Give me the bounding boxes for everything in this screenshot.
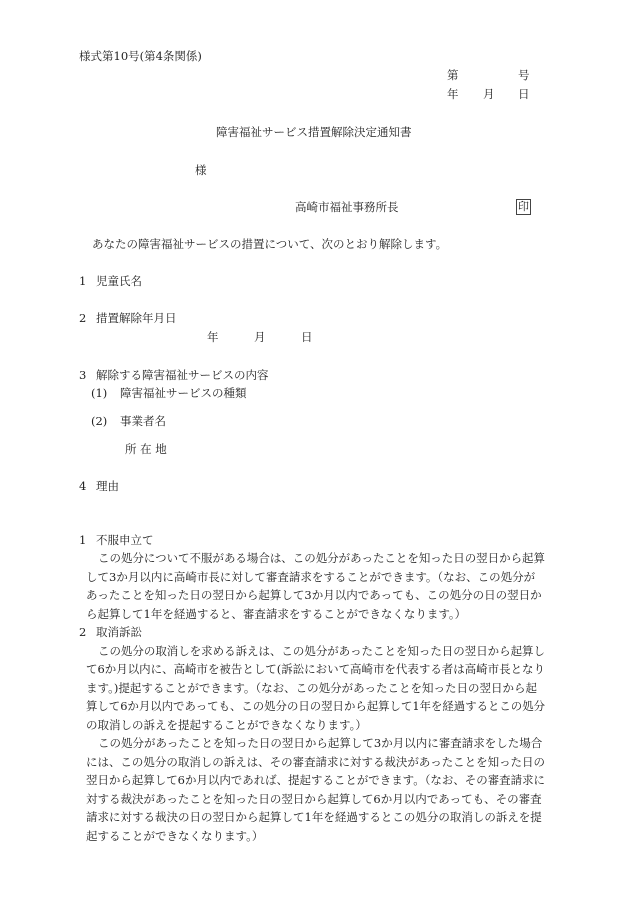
note-1-heading: 不服申立て: [96, 533, 154, 547]
item-1-number: 1: [79, 274, 86, 288]
item-1-label: 児童氏名: [96, 274, 142, 288]
note-1-line: あったことを知った日の翌日から起算して3か月以内であっても、この処分の日の翌日か: [86, 588, 542, 602]
note-2-number: 2: [79, 625, 86, 639]
note-2-line: ます。)提起することができます。（なお、この処分があったことを知った日の翌日から…: [86, 681, 537, 695]
note-2-line: 対する裁決があったことを知った日の翌日から起算して6か月以内であっても、その審査: [86, 792, 542, 806]
document-title: 障害福祉サービス措置解除決定通知書: [216, 125, 412, 139]
intro-text: あなたの障害福祉サービスの措置について、次のとおり解除します。: [92, 237, 447, 251]
note-2-line: 起することができなくなります。）: [86, 829, 263, 843]
item-3-2-label: 事業者名: [120, 414, 166, 428]
seal-stamp-box: 印: [516, 199, 531, 215]
note-2-line: 算して6か月以内であっても、この処分の日の翌日から起算して1年を経過するとこの処…: [86, 699, 545, 713]
issue-date-year: 年: [447, 87, 459, 101]
note-1-line: この処分について不服がある場合は、この処分があったことを知った日の翌日から起算: [98, 551, 545, 565]
removal-date-year: 年: [207, 330, 219, 344]
item-3-1-label: 障害福祉サービスの種類: [120, 386, 247, 400]
note-1-line: ら起算して1年を経過すると、審査請求をすることができなくなります。）: [86, 607, 466, 621]
item-3-1-number: (1): [91, 386, 107, 400]
item-3-number: 3: [79, 368, 86, 382]
note-2-line: の取消しの訴えを提起することができなくなります。）: [86, 718, 367, 732]
note-2-line: この処分の取消しを求める訴えは、この処分があったことを知った日の翌日から起算し: [98, 644, 545, 658]
note-1-number: 1: [79, 533, 86, 547]
document-number-prefix: 第: [447, 68, 459, 82]
note-2-line: て6か月以内に、高崎市を被告として(訴訟において高崎市を代表する者は高崎市長とな…: [86, 662, 545, 676]
note-2-line: 翌日から起算して6か月以内であれば、提起することができます。（なお、その審査請求…: [86, 773, 545, 787]
note-2-line: 請求に対する裁決の日の翌日から起算して1年を経過するとこの処分の取消しの訴えを提: [86, 810, 542, 824]
item-2-label: 措置解除年月日: [96, 311, 177, 325]
note-2-heading: 取消訴訟: [96, 625, 142, 639]
issuer-name: 高崎市福祉事務所長: [295, 200, 399, 214]
item-4-number: 4: [79, 479, 86, 493]
note-2-line: には、この処分の取消しの訴えは、その審査請求に対する裁決があったことを知った日の: [86, 755, 545, 769]
item-3-2-number: (2): [91, 414, 107, 428]
issue-date-day: 日: [518, 87, 530, 101]
business-address-label: 所 在 地: [125, 442, 167, 456]
item-3-label: 解除する障害福祉サービスの内容: [96, 368, 269, 382]
document-number-suffix: 号: [518, 68, 530, 82]
note-2-line: この処分があったことを知った日の翌日から起算して3か月以内に審査請求をした場合: [98, 736, 542, 750]
issue-date-month: 月: [483, 87, 495, 101]
removal-date-month: 月: [254, 330, 266, 344]
removal-date-day: 日: [301, 330, 313, 344]
item-2-number: 2: [79, 311, 86, 325]
addressee-honorific: 様: [195, 163, 207, 177]
item-4-label: 理由: [96, 479, 119, 493]
note-1-line: して3か月以内に高崎市長に対して審査請求をすることができます。（なお、この処分が: [86, 570, 535, 584]
form-number: 様式第10号(第4条関係): [79, 49, 202, 63]
